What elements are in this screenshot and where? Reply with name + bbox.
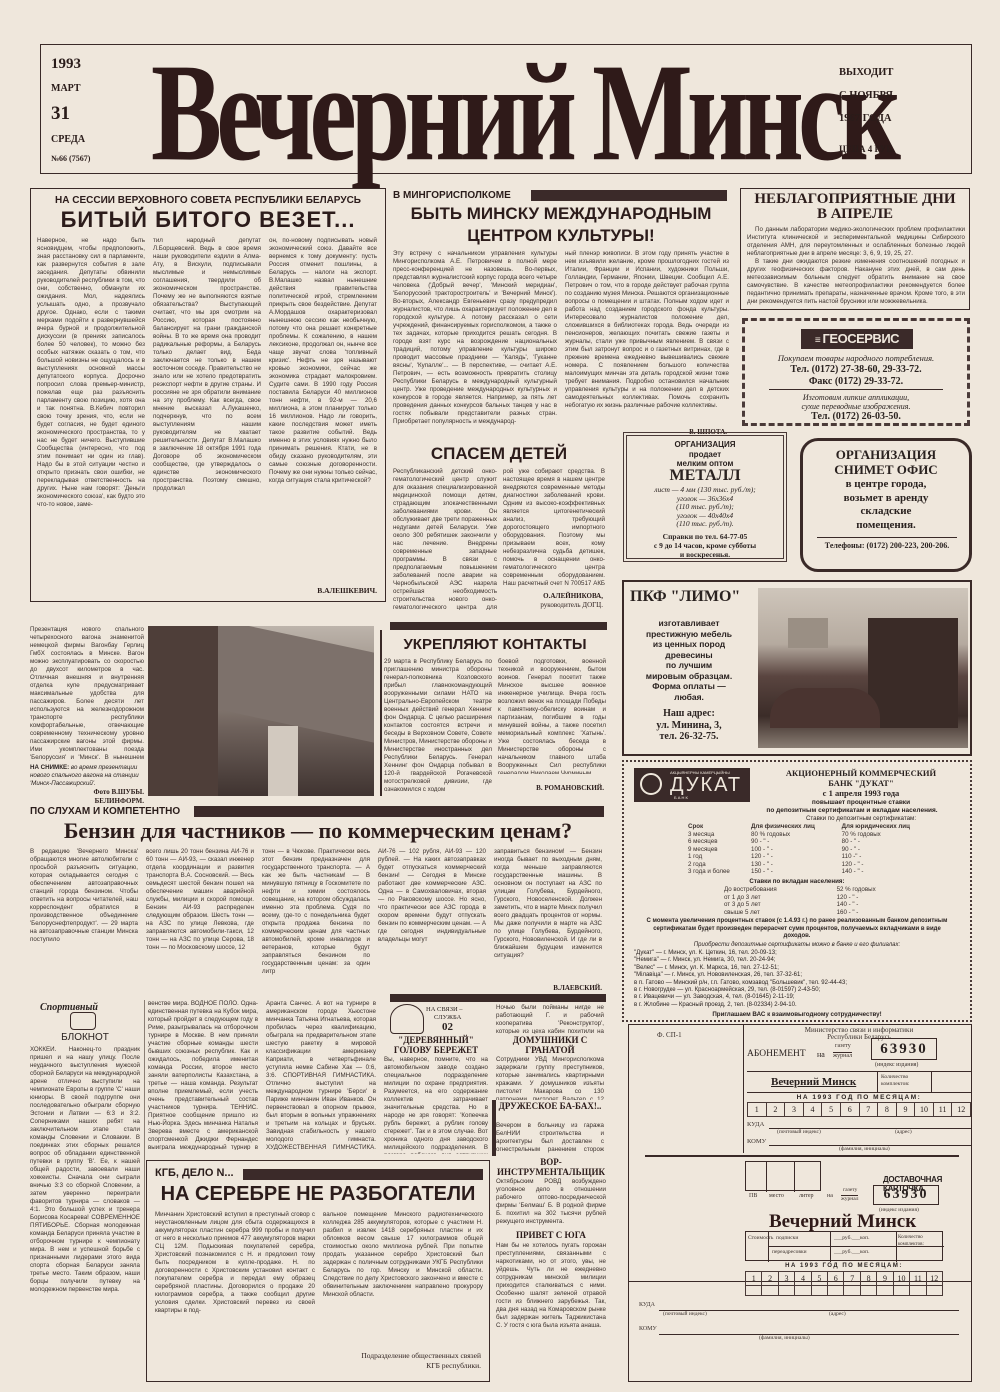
ad-metal: ОРГАНИЗАЦИЯ продает мелким оптом МЕТАЛЛ …: [623, 432, 787, 562]
podpiski-label: подписки: [776, 1235, 798, 1241]
ad-line: ОРГАНИЗАЦИЯ: [803, 447, 969, 463]
newspaper-title: Вечерний Минск: [151, 43, 807, 206]
table-cell: от 3 до 5 лет: [720, 901, 833, 909]
rub-field[interactable]: ___руб.___коп.: [834, 1235, 870, 1241]
month-cell[interactable]: [746, 1282, 762, 1296]
issue-year: 1993: [51, 57, 141, 72]
article-signature: В.АЛЕШКЕВИЧ.: [317, 586, 377, 595]
article-column: заправиться бензином! — Бензин иногда бы…: [494, 848, 602, 978]
form-code: Ф. СП-1: [657, 1031, 682, 1039]
article-headline: СПАСЕМ ДЕТЕЙ: [393, 444, 605, 464]
publication-info: ВЫХОДИТ С НОЯБРЯ 1967 ГОДА ЦЕНА 4 РУБ.: [839, 67, 959, 166]
article-kicker: НА СЕССИИ ВЕРХОВНОГО СОВЕТА РЕСПУБЛИКИ Б…: [31, 195, 385, 206]
table-cell: 2 года: [684, 861, 747, 869]
table-cell: 70 % годовых: [838, 831, 934, 839]
ad-title: ПКФ "ЛИМО": [630, 588, 740, 606]
signature-2: КГБ республики.: [426, 1361, 481, 1370]
article-column: Наверное, не надо быть ясновидцем, чтобы…: [37, 237, 145, 577]
paper-name: Вечерний Минск: [771, 1076, 856, 1088]
badge-mid: СЛУЖБА: [434, 1014, 461, 1021]
issue-number: №66 (7567): [51, 155, 141, 163]
article-kgb: КГБ, ДЕЛО N... НА СЕРЕБРЕ НЕ РАЗБОГАТЕЛИ…: [146, 1160, 490, 1382]
month-cell[interactable]: [828, 1282, 844, 1296]
month-cell[interactable]: 6: [841, 1103, 860, 1117]
month-cell[interactable]: [779, 1282, 795, 1296]
branches-heading: Приобрести депозитные сертификаты можно …: [624, 942, 970, 948]
ad-line: по лучшим: [624, 660, 754, 671]
police-car-icon: [390, 1004, 424, 1034]
issue-day: 31: [51, 104, 141, 123]
signature-title: руководитель ДОГЦ.: [540, 601, 603, 609]
month-cell[interactable]: [861, 1282, 877, 1296]
police-text: Вы, наверное, помните, что на автомобиль…: [384, 1056, 488, 1154]
pereadres-label: переадресовки: [772, 1249, 807, 1255]
ad-dukat: АКЦЫЯНЕРНЫ КАМЕРЦЫЙНЫ ДУКАТ Б А Н К АКЦИ…: [622, 760, 972, 1022]
index-box[interactable]: 63930: [873, 1185, 939, 1205]
bank-notice: С момента увеличения процентных ставок (…: [644, 918, 950, 941]
article-contacts: УКРЕПЛЯЮТ КОНТАКТЫ 29 марта в Республику…: [384, 636, 606, 796]
photo-text: Презентация нового спального четырехосно…: [30, 626, 144, 762]
geoservice-logo: ≡ ГЕОСЕРВИС: [801, 329, 913, 349]
table-header-row: Срок Для физических лиц Для юридических …: [684, 823, 934, 831]
article-column: Республиканский детский онко-гематологич…: [393, 468, 497, 610]
abonement-label: АБОНЕМЕНТ: [747, 1049, 806, 1059]
table-cell: 90 - " -: [747, 838, 838, 846]
article-column: АИ-76 — 102 рубля, АИ-93 — 120 рублей. —…: [378, 848, 486, 988]
form-divider: [877, 1072, 878, 1092]
divider: [769, 389, 943, 390]
month-cell[interactable]: [812, 1282, 828, 1296]
article-column: Минчанин Христовский вступил в преступны…: [155, 1211, 315, 1375]
ad-phone: Тел. (0172) 27-38-60, 29-33-72.: [745, 364, 967, 375]
branch-item: в п. Гатово — Минский р/н, г.п. Гатово, …: [634, 980, 964, 987]
table-cell: 120 - " -: [833, 894, 920, 902]
table-cell: 160 - " -: [833, 909, 920, 917]
form-divider: [931, 1072, 932, 1092]
sports-badge: Спортивный БЛОКНОТ: [30, 1000, 140, 1044]
table-row: 2 года130 - " -120 - " -: [684, 861, 934, 869]
caption-label: НА СНИМКЕ:: [30, 764, 69, 771]
kuda-label: КУДА: [747, 1121, 764, 1128]
month-cell[interactable]: [877, 1282, 893, 1296]
paper-name-large: Вечерний Минск: [769, 1211, 916, 1233]
ad-line: изготавливает: [624, 618, 754, 629]
since-line-3: 1967 ГОДА: [839, 113, 959, 124]
article-headline: УКРЕПЛЯЮТ КОНТАКТЫ: [384, 636, 606, 653]
article-headline-line-2: ЦЕНТРОМ КУЛЬТУРЫ!: [393, 226, 729, 246]
ad-line: Форма оплаты —: [624, 681, 754, 692]
table-header: Для юридических лиц: [838, 823, 934, 831]
branch-item: "Дукат" — г. Минск, ул. К. Цеткин, 16, т…: [634, 950, 964, 957]
gazetu-label: газету: [843, 1187, 857, 1193]
table-cell: 120 - " -: [838, 861, 934, 869]
month-cell[interactable]: [844, 1282, 860, 1296]
police-headline: ДРУЖЕСКОЕ БА-БАХ!..: [496, 1102, 604, 1112]
ad-limo: ПКФ "ЛИМО" изготавливает престижную мебе…: [622, 580, 972, 756]
table-row: свыше 5 лет160 - " -: [720, 909, 920, 917]
kicker-bar: [243, 1169, 483, 1180]
box-para-2: В такие дни ожидаются резкие изменения с…: [747, 258, 965, 306]
police-text: Ночью были пойманы нигде не работающий Г…: [496, 1004, 604, 1034]
article-column: боевой подготовки, военной техникой и во…: [498, 658, 606, 774]
ad-title: МЕТАЛЛ: [627, 467, 783, 485]
photo-credit-1: Фото В.ШУБЫ.: [30, 788, 144, 796]
table-row: До востребования52 % годовых: [720, 886, 920, 894]
sports-column: венстве мира. ВОДНОЕ ПОЛО. Одна-единстве…: [148, 1000, 258, 1150]
contact-line: Справки по тел. 64-77-05: [627, 532, 783, 541]
ad-price-list: лист — 4 мм (130 тыс. руб./т); уголок — …: [627, 486, 783, 529]
qty-label: Количество комплектов:: [898, 1235, 944, 1248]
box-headline-line-2: В АПРЕЛЕ: [741, 207, 969, 222]
article-headline: НА СЕРЕБРЕ НЕ РАЗБОГАТЕЛИ: [147, 1183, 489, 1206]
table-cell: 3 года и более: [684, 868, 747, 876]
month-cell[interactable]: 10: [915, 1103, 934, 1117]
cert-rates-table: Срок Для физических лиц Для юридических …: [684, 823, 934, 876]
ministry-line-2: Республики Беларусь: [745, 1033, 973, 1041]
table-cell: от 1 до 3 лет: [720, 894, 833, 902]
ad-phone: Тел. (0172) 26-03-50.: [745, 411, 967, 422]
box-para-1: По данным лаборатории медико-экологическ…: [747, 226, 965, 258]
sports-column: ХОККЕЙ. Наконец-то праздник пришел и на …: [30, 1046, 140, 1382]
form-divider: [743, 1025, 744, 1153]
police-headline: "ДЕРЕВЯННЫЙ" ГОЛОВУ БЕРЕЖЕТ: [384, 1036, 488, 1055]
painting-shape: [788, 618, 828, 648]
ad-line: любая.: [624, 692, 754, 703]
article-headline: Бензин для частников — по коммерческим ц…: [30, 818, 606, 844]
table-cell: 80 % годовых: [747, 831, 838, 839]
dukat-emblem-icon: [640, 773, 662, 795]
article-column: вальное помещение Минского радиотехничес…: [323, 1211, 483, 1331]
na-label: на: [827, 1193, 833, 1199]
title-row: Вечерний Минск Количество комплектов:: [747, 1071, 971, 1093]
ad-description: изготавливает престижную мебель из ценны…: [624, 618, 754, 702]
bank-raises-2: по депозитным сертификатам и вкладам нас…: [734, 807, 970, 814]
police-section-2: ВОР-ИНСТРУМЕНТАЛЬЩИК Октябрьским РОВД во…: [496, 1156, 606, 1382]
rub-field[interactable]: ___руб.___коп.: [834, 1249, 870, 1255]
article-session: НА СЕССИИ ВЕРХОВНОГО СОВЕТА РЕСПУБЛИКИ Б…: [30, 188, 386, 602]
table-cell: 1 год: [684, 853, 747, 861]
contact-line: с 9 до 14 часов, кроме субботы: [627, 541, 783, 550]
section-rule: [390, 622, 607, 630]
address-line: Наш адрес:: [624, 708, 754, 720]
subscription-form-bottom: КУДА (почтовый индекс) (адрес) КОМУ (фам…: [628, 1282, 972, 1382]
ad-line: помещения.: [803, 519, 969, 531]
ad-line: ОРГАНИЗАЦИЯ: [627, 440, 783, 449]
police-headline: ПРИВЕТ С ЮГА: [496, 1230, 606, 1240]
article-signature: В. РОМАНОВСКИЙ.: [536, 784, 604, 792]
month-cell[interactable]: 1: [748, 1103, 767, 1117]
postal-index-label: (почтовый индекс): [663, 1311, 707, 1317]
bank-invite: Приглашаем ВАС к взаимовыгодному сотрудн…: [624, 1011, 970, 1018]
branch-item: "Велес" — г. Минск, ул. К. Маркса, 16, т…: [634, 965, 964, 972]
ad-office: ОРГАНИЗАЦИЯ СНИМЕТ ОФИС в центре города,…: [800, 438, 972, 572]
cost-table: Стоимость подписки переадресовки ___руб.…: [745, 1231, 943, 1261]
logo-text: ДУКАТ: [670, 774, 742, 797]
police-text: Сотрудники УВД Мингорисполкома задержали…: [496, 1056, 604, 1100]
bed-shape: [770, 688, 880, 728]
table-cell: 140 - " -: [838, 868, 934, 876]
table-row: 9 месяцев100 - " -90 - " -: [684, 846, 934, 854]
article-children: СПАСЕМ ДЕТЕЙ Республиканский детский онк…: [393, 444, 605, 620]
ad-geoservice: ≡ ГЕОСЕРВИС Покупаем товары народного по…: [742, 318, 970, 426]
article-column: всего лишь 20 тонн бензина АИ-76 и 60 то…: [146, 848, 254, 988]
ad-line: продает: [627, 450, 783, 459]
months-grid: 1 2 3 4 5 6 7 8 9 10 11 12: [747, 1102, 971, 1117]
article-column: В редакцию 'Вечернего Минска' обращаются…: [30, 848, 138, 988]
since-line-2: С НОЯБРЯ: [839, 90, 959, 101]
index-label: (индекс издания): [875, 1062, 918, 1068]
ad-line: возьмет в аренду: [803, 492, 969, 504]
photo-credit-2: БЕЛИНФОРМ.: [30, 797, 144, 805]
months-title: НА 1993 ГОД ПО МЕСЯЦАМ:: [747, 1094, 971, 1101]
table-cell: 110 -" -: [838, 853, 934, 861]
article-headline-line-1: БЫТЬ МИНСКУ МЕЖДУНАРОДНЫМ: [393, 204, 729, 224]
column-rule: [144, 1000, 145, 1280]
table-cell: свыше 5 лет: [720, 909, 833, 917]
article-petrol: ПО СЛУХАМ И КОМПЕТЕНТНО Бензин для частн…: [30, 806, 606, 1012]
branches-list: "Дукат" — г. Минск, ул. К. Цеткин, 16, т…: [634, 950, 964, 1009]
table-cell: 3 месяца: [684, 831, 747, 839]
badge-top: НА СВЯЗИ –: [426, 1006, 463, 1013]
bank-title-2: БАНК "ДУКАТ": [754, 778, 968, 788]
police-headline: ВОР-ИНСТРУМЕНТАЛЬЩИК: [496, 1158, 606, 1177]
table-cell: До востребования: [720, 886, 833, 894]
contact-line: и воскресенья.: [627, 550, 783, 559]
zhurnal-label: журнал: [841, 1195, 858, 1202]
price: ЦЕНА 4 РУБ.: [839, 144, 959, 154]
box-headline-line-1: НЕБЛАГОПРИЯТНЫЕ ДНИ: [741, 192, 969, 207]
address-line: тел. 26-32-75.: [624, 731, 754, 743]
month-cell[interactable]: 4: [804, 1103, 823, 1117]
table-cell: 90 - " -: [838, 846, 934, 854]
police-headline: ДОМУШНИКИ С ГРАНАТОЙ: [496, 1036, 604, 1055]
table-cell: 52 % годовых: [833, 886, 920, 894]
komu-label: КОМУ: [747, 1138, 766, 1145]
kuda-label: КУДА: [639, 1302, 655, 1308]
mesto-label: место: [769, 1193, 784, 1199]
article-column: ный пленэр живописи. В этом году принять…: [565, 250, 729, 425]
name-label: (фамилия, инициалы): [839, 1146, 890, 1152]
ad-line: Изготовим липкие аппликации,: [745, 393, 967, 402]
ad-contact: Справки по тел. 64-77-05 с 9 до 14 часов…: [627, 532, 783, 559]
ad-line: древесины: [624, 650, 754, 661]
ad-line: СНИМЕТ ОФИС: [803, 462, 969, 478]
signature-name: О.АЛЕЙНИКОВА,: [543, 592, 603, 600]
table-row: от 3 до 5 лет140 - " -: [720, 901, 920, 909]
month-cell[interactable]: 11: [934, 1103, 953, 1117]
table-row: 3 месяца80 % годовых70 % годовых: [684, 831, 934, 839]
na-label: на: [817, 1050, 825, 1059]
month-cell[interactable]: [894, 1282, 910, 1296]
table-header: Срок: [684, 823, 747, 831]
police-text: Вечером в больницу из гаража БелНИИ стро…: [496, 1122, 604, 1154]
photo-caption: НА СНИМКЕ: во время презентации нового с…: [30, 764, 144, 788]
wardrobe-shape: [868, 618, 958, 728]
bank-title-1: АКЦИОНЕРНЫЙ КОММЕРЧЕСКИЙ: [754, 768, 968, 778]
month-cell[interactable]: 7: [860, 1103, 879, 1117]
badge-bottom: БЛОКНОТ: [30, 1032, 140, 1043]
column-rule: [492, 1100, 496, 1156]
cert-heading: Ставки по депозитным сертификатам:: [754, 815, 968, 822]
article-column: 29 марта в Республику Беларусь по пригла…: [384, 658, 492, 792]
ad-fax: Факс (0172) 29-33-72.: [745, 376, 967, 387]
postal-index-label: (почтовый индекс): [777, 1129, 821, 1135]
logo-text: ГЕОСЕРВИС: [823, 331, 900, 346]
table-header: Для физических лиц: [747, 823, 838, 831]
article-column: рой уже собирают средства. В настоящее в…: [503, 468, 605, 588]
ad-line: Покупаем товары народного потребления.: [745, 353, 967, 363]
deposit-heading: Ставки по вкладам населения:: [624, 878, 970, 885]
since-line-1: ВЫХОДИТ: [839, 67, 959, 78]
month-cell[interactable]: 3: [785, 1103, 804, 1117]
divider: [817, 537, 957, 538]
month-cell[interactable]: 8: [878, 1103, 897, 1117]
article-culture: В МИНГОРИСПОЛКОМЕ БЫТЬ МИНСКУ МЕЖДУНАРОД…: [393, 188, 729, 442]
address-label: (адрес): [895, 1129, 912, 1135]
month-cell[interactable]: 2: [767, 1103, 786, 1117]
month-cell[interactable]: [927, 1282, 943, 1296]
kicker-bar: [194, 806, 604, 817]
ad-line: в центре города,: [803, 478, 969, 490]
table-cell: 9 месяцев: [684, 846, 747, 854]
notebook-icon: [70, 1012, 96, 1030]
month-cell[interactable]: 9: [897, 1103, 916, 1117]
pv-boxes: [745, 1161, 821, 1191]
liter-label: литер: [799, 1193, 814, 1199]
branch-item: в г. Жлобине — Красный проезд, 2, тел. (…: [634, 1002, 964, 1009]
table-cell: 6 месяцев: [684, 838, 747, 846]
branch-item: "Немига" — г. Минск, ул. Немига, 30, тел…: [634, 957, 964, 964]
section-rule: [390, 994, 606, 1002]
police-text: Нам бы не хотелось пугать горожан престу…: [496, 1242, 606, 1332]
column-rule: [380, 630, 382, 796]
ad-line: сухие переводные изображения.: [745, 402, 967, 411]
issue-weekday: СРЕДА: [51, 135, 141, 145]
table-row: от 1 до 3 лет120 - " -: [720, 894, 920, 902]
months-title: НА 1993 ГОД ПО МЕСЯЦАМ:: [745, 1263, 943, 1269]
branch-item: в г. Новогрудке — ул. Красноармейская, 2…: [634, 987, 964, 994]
month-cell[interactable]: 12: [952, 1103, 971, 1117]
months-empty-grid: [745, 1282, 943, 1296]
table-cell: 100 - " -: [747, 846, 838, 854]
index-box[interactable]: 63930: [871, 1038, 937, 1060]
logo-stripes-icon: ≡: [815, 335, 823, 346]
person-shape: [268, 726, 298, 796]
sports-column: Аранта Санчес. А вот на турнире в америк…: [266, 1000, 376, 1150]
furniture-photo: [758, 588, 968, 748]
police-text: Октябрьским РОВД возбуждено уголовное де…: [496, 1178, 606, 1228]
table-row: 1 год120 - " -110 -" -: [684, 853, 934, 861]
badge-number: 02: [442, 1021, 453, 1033]
box-unfavorable-days: НЕБЛАГОПРИЯТНЫЕ ДНИ В АПРЕЛЕ По данным л…: [740, 188, 970, 310]
deposit-rates-table: До востребования52 % годовых от 1 до 3 л…: [720, 886, 920, 916]
ad-line: из ценных пород: [624, 639, 754, 650]
ad-line: складские: [803, 505, 969, 517]
ad-line: престижную мебель: [624, 629, 754, 640]
bank-raises-1: повышает процентные ставки: [754, 799, 968, 806]
article-kicker: ПО СЛУХАМ И КОМПЕТЕНТНО: [30, 806, 180, 817]
qty-label: Количество комплектов:: [881, 1074, 929, 1088]
table-cell: 140 - " -: [833, 901, 920, 909]
table-cell: 120 - " -: [747, 853, 838, 861]
masthead: 1993 МАРТ 31 СРЕДА №66 (7567) Вечерний М…: [40, 44, 972, 174]
month-cell[interactable]: 5: [822, 1103, 841, 1117]
cut-line: [645, 1155, 959, 1157]
table-row: 6 месяцев90 - " -80 - " -: [684, 838, 934, 846]
box-paragraph: По данным лаборатории медико-экологическ…: [747, 226, 965, 306]
address-label: (адрес): [829, 1311, 846, 1317]
month-cell[interactable]: [762, 1282, 778, 1296]
month-cell[interactable]: [910, 1282, 926, 1296]
issue-date-block: 1993 МАРТ 31 СРЕДА №66 (7567): [51, 53, 141, 163]
table-cell: 150 - " -: [747, 868, 838, 876]
table-cell: 80 - " -: [838, 838, 934, 846]
dukat-logo: АКЦЫЯНЕРНЫ КАМЕРЦЫЙНЫ ДУКАТ Б А Н К: [634, 768, 750, 802]
ad-address: Наш адрес: ул. Минина, 3, тел. 26-32-75.: [624, 708, 754, 743]
ad-line: мировым образцам.: [624, 671, 754, 682]
article-column: Эту встречу с начальником управления кул…: [393, 250, 557, 425]
komu-label: КОМУ: [639, 1326, 657, 1332]
article-column: тонн — в Чюкове. Практически весь этот б…: [262, 848, 370, 988]
branch-item: в г. Ивацевичи — ул. Заводская, 4, тел. …: [634, 994, 964, 1001]
train-door-shape: [148, 626, 218, 796]
name-label: (фамилия, инициалы): [759, 1335, 810, 1341]
address-line: ул. Минина, 3,: [624, 720, 754, 732]
bank-date: с 1 апреля 1993 года: [754, 788, 968, 798]
branch-item: "Мілавіца" — г. Минск, ул. Нововиленская…: [634, 972, 964, 979]
logo-sub-text: Б А Н К: [674, 795, 688, 800]
gazetu-label: газету: [835, 1043, 851, 1049]
ad-phones: Телефоны: (0172) 200-223, 200-206.: [811, 541, 963, 551]
table-row: 3 года и более150 - " -140 - " -: [684, 868, 934, 876]
article-column: он, по-новому подписывать новый экономич…: [269, 237, 377, 577]
cost-label: Стоимость: [748, 1235, 768, 1242]
kicker-bar: [531, 190, 727, 201]
article-column: тил народный депутат Л.Борщевский. Ведь …: [153, 237, 261, 577]
price-item: (110 тыс. руб./т).: [627, 520, 783, 529]
article-signature: В.ЛАЕВСКИЙ.: [553, 984, 602, 992]
issue-month: МАРТ: [51, 84, 141, 94]
zhurnal-label: журнал: [833, 1052, 852, 1059]
table-cell: 130 - " -: [747, 861, 838, 869]
subscription-form: Ф. СП-1 Министерство связи и информатики…: [628, 1024, 972, 1282]
train-photo: [148, 626, 374, 796]
article-kicker: КГБ, ДЕЛО N...: [155, 1167, 234, 1179]
pv-label: ПВ: [749, 1193, 757, 1199]
signature-1: Подразделение общественных связей: [361, 1351, 481, 1360]
article-headline: БИТЫЙ БИТОГО ВЕЗЕТ...: [31, 207, 385, 233]
month-cell[interactable]: [795, 1282, 811, 1296]
article-kicker: В МИНГОРИСПОЛКОМЕ: [393, 190, 511, 201]
